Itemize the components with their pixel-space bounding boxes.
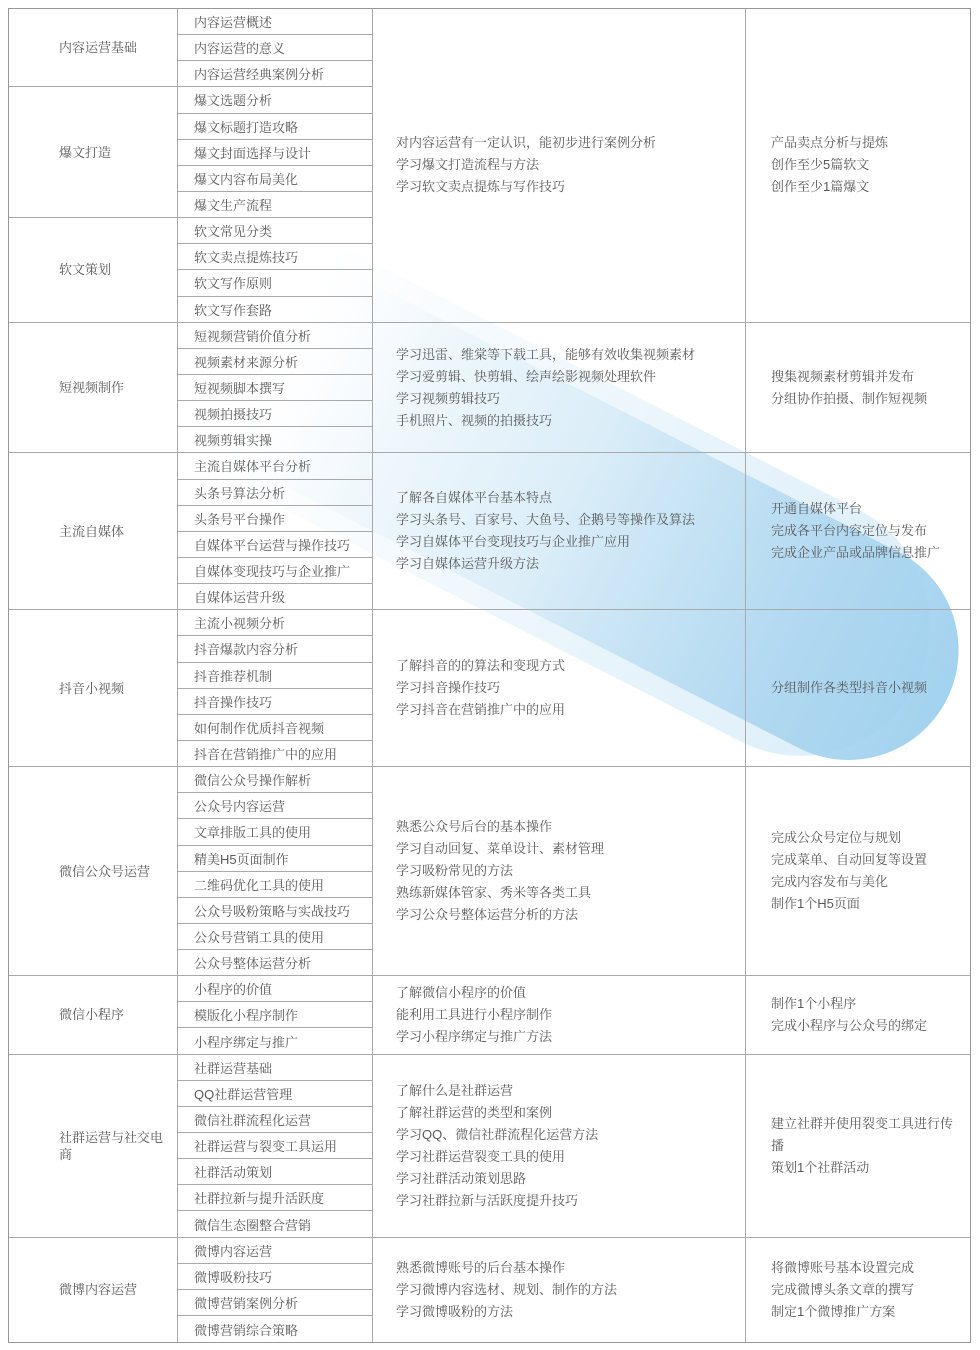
- outcomes-cell: 开通自媒体平台 完成各平台内容定位与发布 完成企业产品或品牌信息推广: [746, 453, 970, 610]
- category-cell: 主流自媒体: [9, 453, 178, 610]
- curriculum-table: 内容运营基础 爆文打造 软文策划 短视频制作 主流自媒体 抖音小视频 微信公众号…: [8, 8, 971, 1343]
- topic-cell: 头条号平台操作: [178, 506, 373, 532]
- topic-cell: 软文写作套路: [178, 297, 373, 323]
- objectives-cell: 熟悉公众号后台的基本操作 学习自动回复、菜单设计、素材管理 学习吸粉常见的方法 …: [373, 767, 746, 976]
- topic-cell: 公众号内容运营: [178, 793, 373, 819]
- topic-cell: 小程序绑定与推广: [178, 1028, 373, 1054]
- topic-cell: 自媒体变现技巧与企业推广: [178, 558, 373, 584]
- curriculum-table-page: 内容运营基础 爆文打造 软文策划 短视频制作 主流自媒体 抖音小视频 微信公众号…: [0, 0, 980, 1350]
- category-cell: 微信公众号运营: [9, 767, 178, 976]
- topic-cell: 微博内容运营: [178, 1238, 373, 1264]
- topic-cell: 主流自媒体平台分析: [178, 453, 373, 479]
- objectives-cell: 对内容运营有一定认识，能初步进行案例分析 学习爆文打造流程与方法 学习软文卖点提…: [373, 9, 746, 323]
- topic-cell: 模版化小程序制作: [178, 1002, 373, 1028]
- outcomes-cell: 将微博账号基本设置完成 完成微博头条文章的撰写 制定1个微博推广方案: [746, 1238, 970, 1343]
- topic-cell: 抖音推荐机制: [178, 663, 373, 689]
- topic-cell: 软文卖点提炼技巧: [178, 244, 373, 270]
- objectives-cell: 了解什么是社群运营 了解社群运营的类型和案例 学习QQ、微信社群流程化运营方法 …: [373, 1055, 746, 1238]
- category-cell: 抖音小视频: [9, 610, 178, 767]
- topic-cell: 微博营销案例分析: [178, 1290, 373, 1316]
- topic-cell: 社群拉新与提升活跃度: [178, 1185, 373, 1211]
- topic-cell: 爆文生产流程: [178, 192, 373, 218]
- topic-cell: 视频拍摄技巧: [178, 401, 373, 427]
- topic-cell: 公众号整体运营分析: [178, 950, 373, 976]
- category-cell: 社群运营与社交电商: [9, 1055, 178, 1238]
- topic-cell: 软文写作原则: [178, 270, 373, 296]
- topic-cell: 抖音在营销推广中的应用: [178, 741, 373, 767]
- category-cell: 爆文打造: [9, 87, 178, 218]
- topic-cell: 头条号算法分析: [178, 480, 373, 506]
- topic-cell: 爆文选题分析: [178, 87, 373, 113]
- outcomes-cell: 搜集视频素材剪辑并发布 分组协作拍摄、制作短视频: [746, 323, 970, 454]
- objectives-cell: 熟悉微博账号的后台基本操作 学习微博内容选材、规划、制作的方法 学习微博吸粉的方…: [373, 1238, 746, 1343]
- outcomes-cell: 产品卖点分析与提炼 创作至少5篇软文 创作至少1篇爆文: [746, 9, 970, 323]
- topic-cell: 短视频营销价值分析: [178, 323, 373, 349]
- topic-cell: 软文常见分类: [178, 218, 373, 244]
- topic-cell: 社群活动策划: [178, 1159, 373, 1185]
- topic-cell: 内容运营的意义: [178, 35, 373, 61]
- objectives-cell: 了解各自媒体平台基本特点 学习头条号、百家号、大鱼号、企鹅号等操作及算法 学习自…: [373, 453, 746, 610]
- topic-cell: 内容运营经典案例分析: [178, 61, 373, 87]
- topic-cell: 主流小视频分析: [178, 610, 373, 636]
- topic-cell: 自媒体运营升级: [178, 584, 373, 610]
- topic-cell: 小程序的价值: [178, 976, 373, 1002]
- topic-cell: 文章排版工具的使用: [178, 819, 373, 845]
- category-cell: 微信小程序: [9, 976, 178, 1054]
- topic-cell: 社群运营基础: [178, 1055, 373, 1081]
- outcomes-cell: 制作1个小程序 完成小程序与公众号的绑定: [746, 976, 970, 1054]
- topic-cell: 精美H5页面制作: [178, 846, 373, 872]
- topic-cell: 内容运营概述: [178, 9, 373, 35]
- outcomes-cell: 完成公众号定位与规划 完成菜单、自动回复等设置 完成内容发布与美化 制作1个H5…: [746, 767, 970, 976]
- topic-cell: 二维码优化工具的使用: [178, 872, 373, 898]
- topic-cell: 公众号吸粉策略与实战技巧: [178, 898, 373, 924]
- topic-cell: 抖音爆款内容分析: [178, 636, 373, 662]
- topic-cell: 微信生态圈整合营销: [178, 1211, 373, 1237]
- topic-cell: 微博营销综合策略: [178, 1316, 373, 1342]
- outcomes-cell: 建立社群并使用裂变工具进行传播 策划1个社群活动: [746, 1055, 970, 1238]
- topic-cell: 爆文标题打造攻略: [178, 114, 373, 140]
- topic-cell: 短视频脚本撰写: [178, 375, 373, 401]
- topic-cell: 如何制作优质抖音视频: [178, 715, 373, 741]
- topic-cell: 微信社群流程化运营: [178, 1107, 373, 1133]
- topic-cell: 爆文封面选择与设计: [178, 140, 373, 166]
- topic-cell: 爆文内容布局美化: [178, 166, 373, 192]
- objectives-cell: 了解抖音的的算法和变现方式 学习抖音操作技巧 学习抖音在营销推广中的应用: [373, 610, 746, 767]
- category-cell: 微博内容运营: [9, 1238, 178, 1343]
- topic-cell: 微博吸粉技巧: [178, 1264, 373, 1290]
- topic-cell: QQ社群运营管理: [178, 1081, 373, 1107]
- category-cell: 软文策划: [9, 218, 178, 323]
- category-cell: 内容运营基础: [9, 9, 178, 87]
- topic-cell: 抖音操作技巧: [178, 689, 373, 715]
- topic-cell: 视频剪辑实操: [178, 427, 373, 453]
- topic-cell: 社群运营与裂变工具运用: [178, 1133, 373, 1159]
- topic-cell: 视频素材来源分析: [178, 349, 373, 375]
- topic-cell: 公众号营销工具的使用: [178, 924, 373, 950]
- topic-cell: 微信公众号操作解析: [178, 767, 373, 793]
- topic-cell: 自媒体平台运营与操作技巧: [178, 532, 373, 558]
- objectives-cell: 学习迅雷、维棠等下载工具，能够有效收集视频素材 学习爱剪辑、快剪辑、绘声绘影视频…: [373, 323, 746, 454]
- objectives-cell: 了解微信小程序的价值 能利用工具进行小程序制作 学习小程序绑定与推广方法: [373, 976, 746, 1054]
- category-cell: 短视频制作: [9, 323, 178, 454]
- outcomes-cell: 分组制作各类型抖音小视频: [746, 610, 970, 767]
